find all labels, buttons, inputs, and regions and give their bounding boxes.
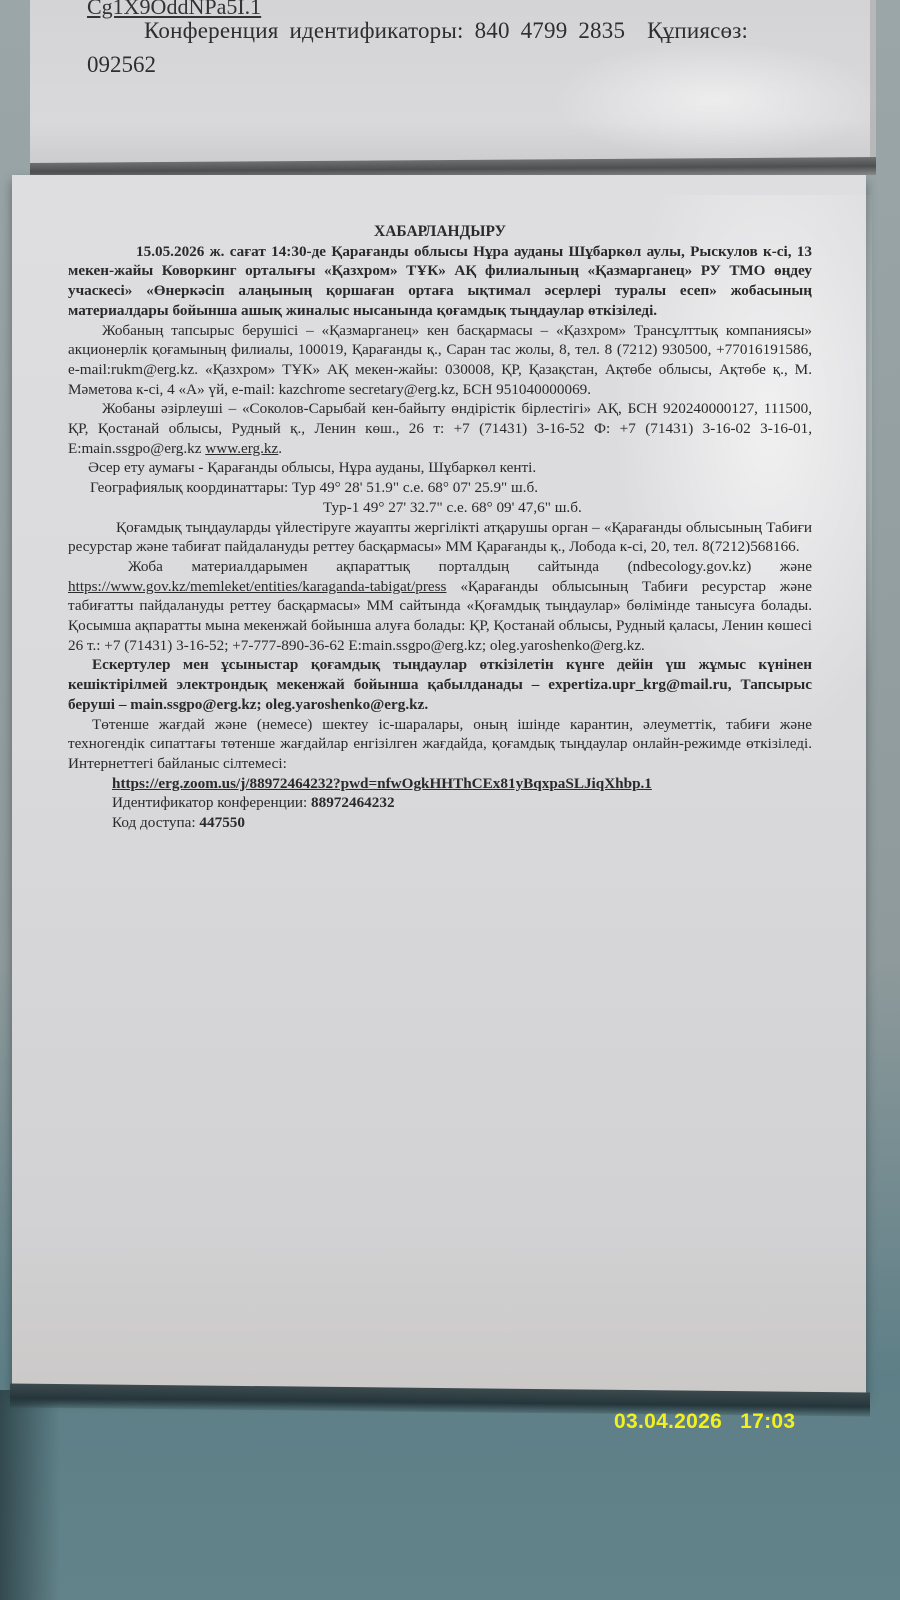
previous-notice-conference-line: Конференция идентификаторы: 840 4799 283… (144, 18, 748, 44)
access-code-line: Код доступа: 447550 (112, 813, 812, 833)
photo-timestamp: 03.04.202617:03 (614, 1410, 795, 1434)
notice-intro: 15.05.2026 ж. сағат 14:30-де Қарағанды о… (68, 242, 812, 321)
developer-details: Жобаны әзірлеуші – «Соколов-Сарыбай кен-… (68, 400, 812, 456)
notice-document: ХАБАРЛАНДЫРУ 15.05.2026 ж. сағат 14:30-д… (68, 222, 812, 833)
conference-id-value: 840 4799 2835 (475, 18, 626, 43)
access-code-label: Код доступа: (112, 814, 199, 831)
plastic-sleeve-glare (550, 40, 880, 160)
conference-id-label: Конференция идентификаторы: (144, 18, 464, 43)
impact-area: Әсер ету аумағы - Қарағанды облысы, Нұра… (68, 458, 812, 478)
notice-title: ХАБАРЛАНДЫРУ (68, 222, 812, 242)
coordinates-line-1: Географиялық координаттары: Тур 49° 28' … (68, 478, 812, 498)
project-developer: Жобаны әзірлеуші – «Соколов-Сарыбай кен-… (68, 399, 812, 458)
conference-id-label: Идентификатор конференции: (112, 794, 311, 811)
coordinates-line-2: Тур-1 49° 27' 32.7" с.е. 68° 09' 47,6" ш… (68, 498, 812, 518)
access-code-value: 447550 (199, 814, 245, 831)
emergency-info: Төтенше жағдай және (немесе) шектеу іс-ш… (68, 715, 812, 774)
zoom-meeting-link[interactable]: https://erg.zoom.us/j/88972464232?pwd=nf… (112, 774, 812, 794)
developer-website-link[interactable]: www.erg.kz (205, 440, 278, 457)
wall-shadow (0, 1390, 60, 1600)
online-meeting-block: https://erg.zoom.us/j/88972464232?pwd=nf… (68, 774, 812, 833)
photo-time: 17:03 (740, 1410, 795, 1433)
project-customer: Жобаның тапсырыс берушісі – «Қазмарганец… (68, 321, 812, 400)
conference-id-value: 88972464232 (311, 794, 395, 811)
materials-prefix: Жоба материалдарымен ақпараттық порталды… (128, 558, 812, 575)
local-authority: Қоғамдық тыңдауларды үйлестіруге жауапты… (68, 518, 812, 557)
conference-id-line: Идентификатор конференции: 88972464232 (112, 793, 812, 813)
password-label: Құпиясөз: (647, 18, 748, 43)
developer-suffix: . (278, 440, 282, 457)
gov-kz-link[interactable]: https://www.gov.kz/memleket/entities/kar… (68, 578, 446, 595)
photo-date: 03.04.2026 (614, 1410, 722, 1433)
remarks-info: Ескертулер мен ұсыныстар қоғамдық тыңдау… (68, 655, 812, 714)
password-value: 092562 (87, 52, 156, 78)
previous-notice-sheet: Cg1X9OddNPa5I.1 Конференция идентификато… (30, 0, 876, 175)
materials-info: Жоба материалдарымен ақпараттық порталды… (68, 557, 812, 656)
previous-notice-link-fragment: Cg1X9OddNPa5I.1 (87, 0, 261, 20)
